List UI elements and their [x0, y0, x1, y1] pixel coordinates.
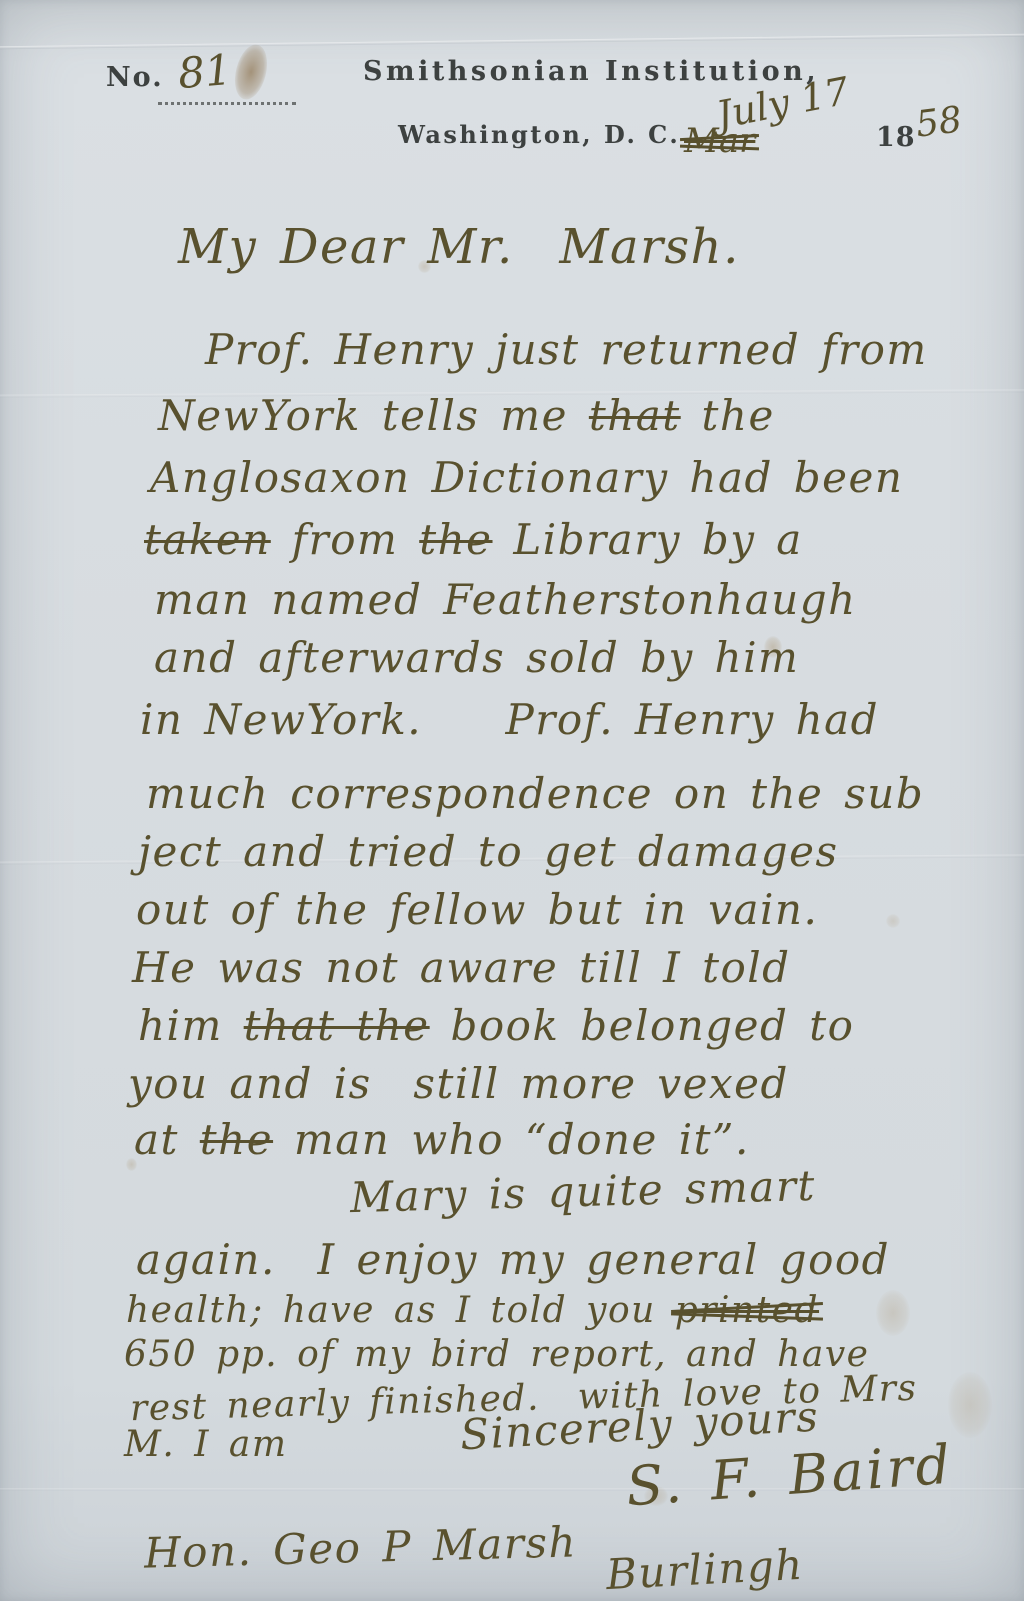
- addressee-place: Burlingh: [605, 1543, 805, 1597]
- handwritten-line: you and is still more vexed: [128, 1062, 789, 1106]
- word-span: health; have as I told you: [126, 1290, 675, 1331]
- word-span: book belonged to: [430, 1001, 855, 1050]
- word-span: at: [134, 1115, 200, 1164]
- word-span: man who “done it”.: [273, 1115, 750, 1164]
- struck-word: taken: [144, 515, 271, 564]
- word-span: Library by a: [493, 515, 803, 564]
- ink-stain: [948, 1372, 992, 1438]
- word-span: Mary is quite smart: [349, 1161, 816, 1222]
- word-span: you and is still more vexed: [128, 1059, 789, 1108]
- handwritten-line: Mary is quite smart: [350, 1164, 817, 1220]
- handwritten-line: again. I enjoy my general good: [136, 1238, 890, 1282]
- struck-word: the: [419, 515, 492, 564]
- handwritten-line: health; have as I told you printed: [126, 1292, 819, 1330]
- letterhead-number-value: 81: [176, 48, 233, 97]
- ink-stain: [886, 914, 900, 928]
- struck-word: that the: [244, 1001, 430, 1050]
- ink-stain: [876, 1290, 910, 1336]
- handwritten-line: Anglosaxon Dictionary had been: [150, 456, 903, 500]
- handwritten-line: ject and tried to get damages: [138, 830, 839, 874]
- word-span: again. I enjoy my general good: [136, 1235, 890, 1284]
- year-handwritten: 58: [914, 101, 964, 144]
- word-span: NewYork tells me: [158, 391, 589, 440]
- struck-word: printed: [675, 1290, 819, 1331]
- handwritten-line: out of the fellow but in vain.: [136, 888, 818, 932]
- handwritten-line: 650 pp. of my bird report, and have: [124, 1336, 869, 1374]
- word-span: My Dear Mr. Marsh.: [178, 219, 740, 275]
- signature: S. F. Baird: [624, 1437, 954, 1516]
- handwritten-line: man named Featherstonhaugh: [154, 578, 857, 622]
- handwritten-line: Prof. Henry just returned from: [205, 328, 928, 372]
- word-span: 650 pp. of my bird report, and have: [124, 1334, 869, 1375]
- letterhead-number-label: No.: [106, 62, 164, 93]
- word-span: Anglosaxon Dictionary had been: [150, 453, 903, 502]
- struck-word: that: [589, 391, 681, 440]
- handwritten-line: in NewYork. Prof. Henry had: [140, 698, 879, 742]
- word-span: He was not aware till I told: [132, 943, 791, 992]
- handwritten-line: M. I am: [124, 1426, 288, 1464]
- handwritten-line: and afterwards sold by him: [154, 636, 799, 680]
- word-span: ject and tried to get damages: [138, 827, 839, 876]
- handwritten-line: him that the book belonged to: [138, 1004, 854, 1048]
- word-span: out of the fellow but in vain.: [136, 885, 818, 934]
- handwritten-line: NewYork tells me that the: [158, 394, 775, 438]
- handwritten-line: taken from the Library by a: [144, 518, 803, 562]
- handwritten-line: He was not aware till I told: [132, 946, 791, 990]
- letterhead-institution: Smithsonian Institution,: [363, 56, 819, 87]
- word-span: Prof. Henry just returned from: [205, 325, 928, 374]
- addressee: Hon. Geo P Marsh: [143, 1520, 577, 1575]
- struck-word: the: [200, 1115, 273, 1164]
- word-span: him: [138, 1001, 244, 1050]
- handwritten-line: much correspondence on the sub: [146, 772, 924, 816]
- letterhead: No. 81 Smithsonian Institution, Washingt…: [0, 0, 1024, 36]
- letterhead-city: Washington, D. C.: [398, 120, 680, 149]
- letter-page: No. 81 Smithsonian Institution, Washingt…: [0, 0, 1024, 1601]
- word-span: man named Featherstonhaugh: [154, 575, 857, 624]
- word-span: Burlingh: [605, 1540, 805, 1599]
- word-span: from: [271, 515, 419, 564]
- word-span: Hon. Geo P Marsh: [143, 1517, 577, 1577]
- word-span: M. I am: [124, 1424, 288, 1465]
- word-span: the: [681, 391, 775, 440]
- number-underline: [158, 102, 296, 105]
- word-span: much correspondence on the sub: [146, 769, 924, 818]
- salutation: My Dear Mr. Marsh.: [178, 222, 740, 272]
- fold-crease: [0, 34, 1024, 50]
- word-span: and afterwards sold by him: [154, 633, 799, 682]
- handwritten-line: at the man who “done it”.: [134, 1118, 750, 1162]
- word-span: in NewYork. Prof. Henry had: [140, 695, 879, 744]
- ink-blot: [230, 41, 273, 103]
- year-printed: 18: [876, 122, 916, 153]
